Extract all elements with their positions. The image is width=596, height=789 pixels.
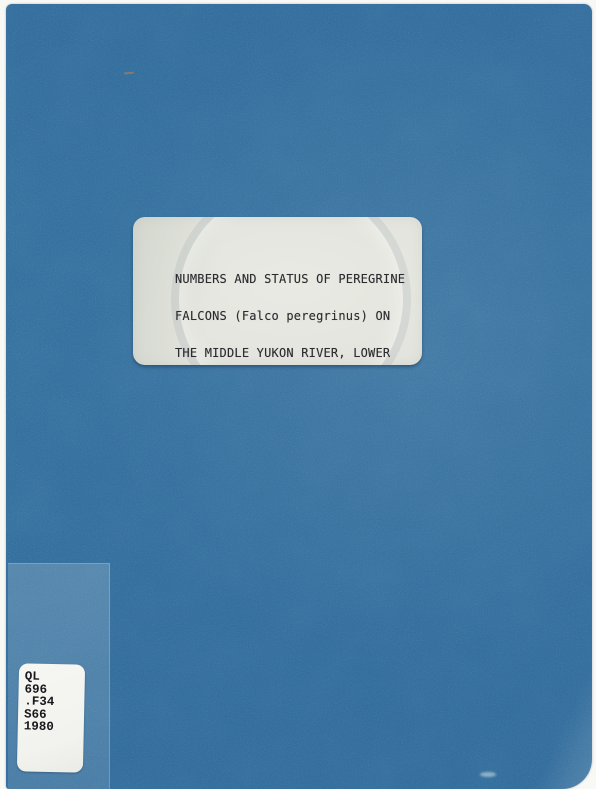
title-line-2: FALCONS (Falco peregrinus) ON [175,310,405,322]
title-label: NUMBERS AND STATUS OF PEREGRINE FALCONS … [133,217,422,365]
cover-corner-highlight [522,659,592,789]
call-number-label: QL 696 .F34 S66 1980 [17,663,85,772]
title-text: NUMBERS AND STATUS OF PEREGRINE FALCONS … [175,248,405,365]
title-line-1: NUMBERS AND STATUS OF PEREGRINE [175,273,405,285]
book-cover: NUMBERS AND STATUS OF PEREGRINE FALCONS … [6,4,592,789]
title-line-3: THE MIDDLE YUKON RIVER, LOWER [175,347,405,359]
dust-smudge [480,772,496,777]
scratch-mark [124,71,134,74]
call-number-line-5: 1980 [24,720,84,734]
scanned-page: NUMBERS AND STATUS OF PEREGRINE FALCONS … [0,0,596,789]
